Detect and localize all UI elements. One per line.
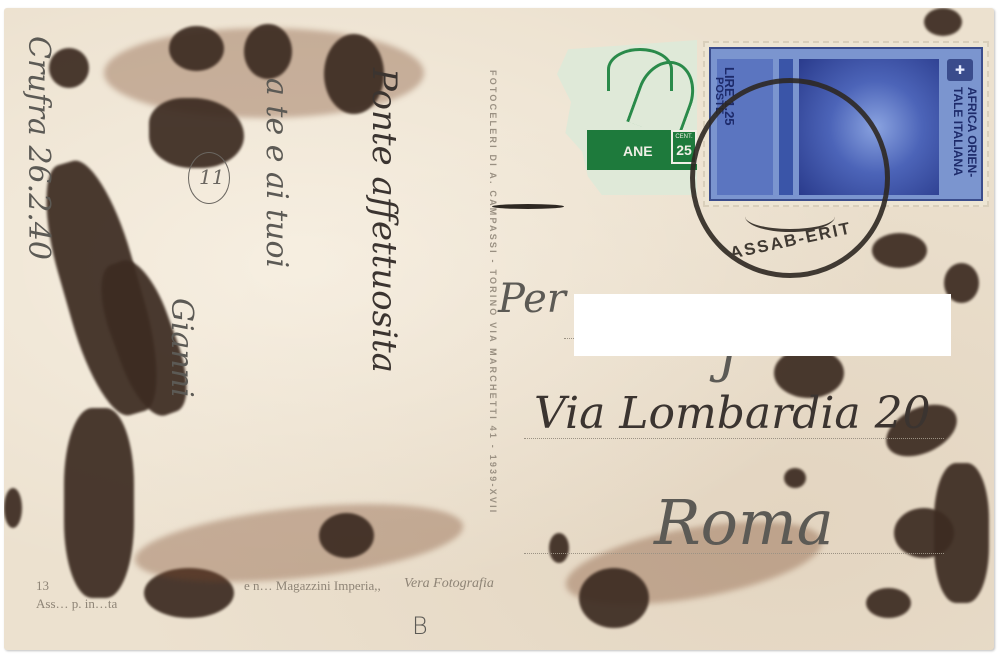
- handwritten-line-ponte: Ponte affettuosita: [364, 68, 404, 373]
- publisher-credit: FOTOCELERI DI A. CAMPASSI - TORINO VIA M…: [488, 70, 498, 514]
- stamp-text: ANE: [623, 143, 653, 159]
- redacted-recipient-name: [574, 294, 951, 356]
- ink-blot: [579, 568, 649, 628]
- postcard-back: Crufra 26.2.40 a te e ai tuoi Ponte affe…: [4, 8, 994, 650]
- ink-blot: [169, 26, 224, 71]
- vera-fotografia: Vera Fotografia: [404, 576, 494, 592]
- handwritten-date: Crufra 26.2.40: [21, 36, 56, 260]
- handwritten-line-a-te: a te e ai tuoi: [259, 78, 294, 268]
- pencil-mark: B: [412, 612, 428, 640]
- ink-blot: [924, 8, 962, 36]
- ink-blot: [784, 468, 806, 488]
- ink-blot: [319, 513, 374, 558]
- address-street: Via Lombardia 20: [534, 388, 931, 439]
- ink-blot: [872, 233, 927, 268]
- postmark-stroke: [492, 204, 564, 209]
- ink-blot: [549, 533, 569, 563]
- ink-blot: [244, 24, 292, 79]
- savoy-shield-icon: ✚: [947, 59, 973, 81]
- ink-blot: [4, 488, 22, 528]
- handwritten-signature: Gianni: [164, 298, 199, 398]
- address-per: Per: [498, 276, 566, 322]
- ink-blot: [894, 508, 954, 558]
- stamp-country-line2: TALE ITALIANA: [951, 87, 965, 176]
- circled-number: 11: [188, 152, 230, 204]
- ink-blot: [866, 588, 911, 618]
- postmark: ASSAB-ERIT: [690, 78, 890, 278]
- stamp-country-line1: AFRICA ORIEN-: [965, 87, 979, 177]
- caption-number: 13: [36, 578, 49, 594]
- address-city: Roma: [654, 486, 834, 559]
- ink-blot: [64, 408, 134, 598]
- caption-line1: e n… Magazzini Imperia,,: [244, 578, 381, 594]
- green-stamp: ANE CENT.25: [557, 40, 697, 195]
- caption-line2: Ass… p. in…ta: [36, 596, 117, 612]
